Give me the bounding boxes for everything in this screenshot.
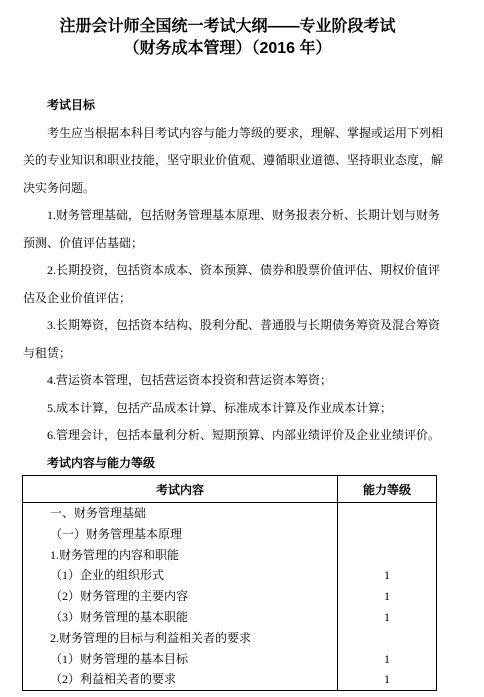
exam-content-table: 考试内容 能力等级 一、财务管理基础 （一）财务管理基本原理 1.财务管理的内容… [22,475,437,691]
paragraph-line: 决实务问题。 [23,175,432,203]
table-row: （2）利益相关者的要求 1 [23,669,437,690]
table-cell-content: （1）企业的组织形式 [23,565,338,586]
paragraph-line: 关的专业知识和职业技能，坚守职业价值观、遵循职业道德、坚持职业态度，解 [23,147,432,175]
objective-item-3: 3.长期筹资，包括资本结构、股利分配、普通股与长期债务筹资及混合筹资 与租赁； [23,312,432,367]
document-title: 注册会计师全国统一考试大纲——专业阶段考试 （财务成本管理）（2016 年） [23,16,432,60]
section-heading-exam-objectives: 考试目标 [23,92,432,120]
column-header-level: 能力等级 [338,476,437,503]
objective-item-5: 5.成本计算，包括产品成本计算、标准成本计算及作业成本计算； [23,395,432,423]
paragraph-line: 与租赁； [23,340,432,368]
title-line-2: （财务成本管理）（2016 年） [23,38,432,60]
table-header-row: 考试内容 能力等级 [23,476,437,503]
document-body: 考试目标 考生应当根据本科目考试内容与能力等级的要求，理解、掌握或运用下列相 关… [23,92,432,477]
paragraph-line: 估及企业价值评估； [23,285,432,313]
table-cell-level [338,503,437,524]
table-cell-content: （1）财务管理的基本目标 [23,649,338,670]
table-row: （2）财务管理的主要内容 1 [23,586,437,607]
table-cell-content: （3）财务管理的基本职能 [23,607,338,628]
table-row: （1）财务管理的基本目标 1 [23,649,437,670]
table-cell-content: 1.财务管理的内容和职能 [23,545,338,566]
table-row: 2.财务管理的目标与利益相关者的要求 [23,628,437,649]
table-cell-level: 1 [338,669,437,690]
table-cell-content: （一）财务管理基本原理 [23,524,338,545]
table-row: （1）企业的组织形式 1 [23,565,437,586]
objective-item-1: 1.财务管理基础，包括财务管理基本原理、财务报表分析、长期计划与财务 预测、价值… [23,202,432,257]
table-row: 1.财务管理的内容和职能 [23,545,437,566]
table-row: 一、财务管理基础 [23,503,437,524]
paragraph-line: 2.长期投资，包括资本成本、资本预算、债券和股票价值评估、期权价值评 [23,257,432,285]
intro-paragraph: 考生应当根据本科目考试内容与能力等级的要求，理解、掌握或运用下列相 关的专业知识… [23,120,432,203]
objective-item-2: 2.长期投资，包括资本成本、资本预算、债券和股票价值评估、期权价值评 估及企业价… [23,257,432,312]
paragraph-line: 6.管理会计，包括本量利分析、短期预算、内部业绩评价及企业业绩评价。 [23,422,432,450]
table-cell-level: 1 [338,649,437,670]
table-cell-level [338,524,437,545]
title-line-1: 注册会计师全国统一考试大纲——专业阶段考试 [23,16,432,38]
table-cell-level [338,628,437,649]
table-cell-content: （2）财务管理的主要内容 [23,586,338,607]
table-cell-level: 1 [338,565,437,586]
paragraph-line: 4.营运资本管理，包括营运资本投资和营运资本筹资； [23,367,432,395]
table-cell-level: 1 [338,607,437,628]
table-row: （3）财务管理的基本职能 1 [23,607,437,628]
table-cell-content: （2）利益相关者的要求 [23,669,338,690]
table-cell-content: 2.财务管理的目标与利益相关者的要求 [23,628,338,649]
paragraph-line: 5.成本计算，包括产品成本计算、标准成本计算及作业成本计算； [23,395,432,423]
section-heading-exam-content: 考试内容与能力等级 [23,450,432,478]
table-cell-level [338,545,437,566]
paragraph-line: 预测、价值评估基础； [23,230,432,258]
table-cell-content: 一、财务管理基础 [23,503,338,524]
objective-item-4: 4.营运资本管理，包括营运资本投资和营运资本筹资； [23,367,432,395]
document-page: 注册会计师全国统一考试大纲——专业阶段考试 （财务成本管理）（2016 年） 考… [0,0,484,697]
objective-item-6: 6.管理会计，包括本量利分析、短期预算、内部业绩评价及企业业绩评价。 [23,422,432,450]
paragraph-line: 1.财务管理基础，包括财务管理基本原理、财务报表分析、长期计划与财务 [23,202,432,230]
table-cell-level: 1 [338,586,437,607]
column-header-content: 考试内容 [23,476,338,503]
paragraph-line: 考生应当根据本科目考试内容与能力等级的要求，理解、掌握或运用下列相 [23,120,432,148]
paragraph-line: 3.长期筹资，包括资本结构、股利分配、普通股与长期债务筹资及混合筹资 [23,312,432,340]
table-row: （一）财务管理基本原理 [23,524,437,545]
